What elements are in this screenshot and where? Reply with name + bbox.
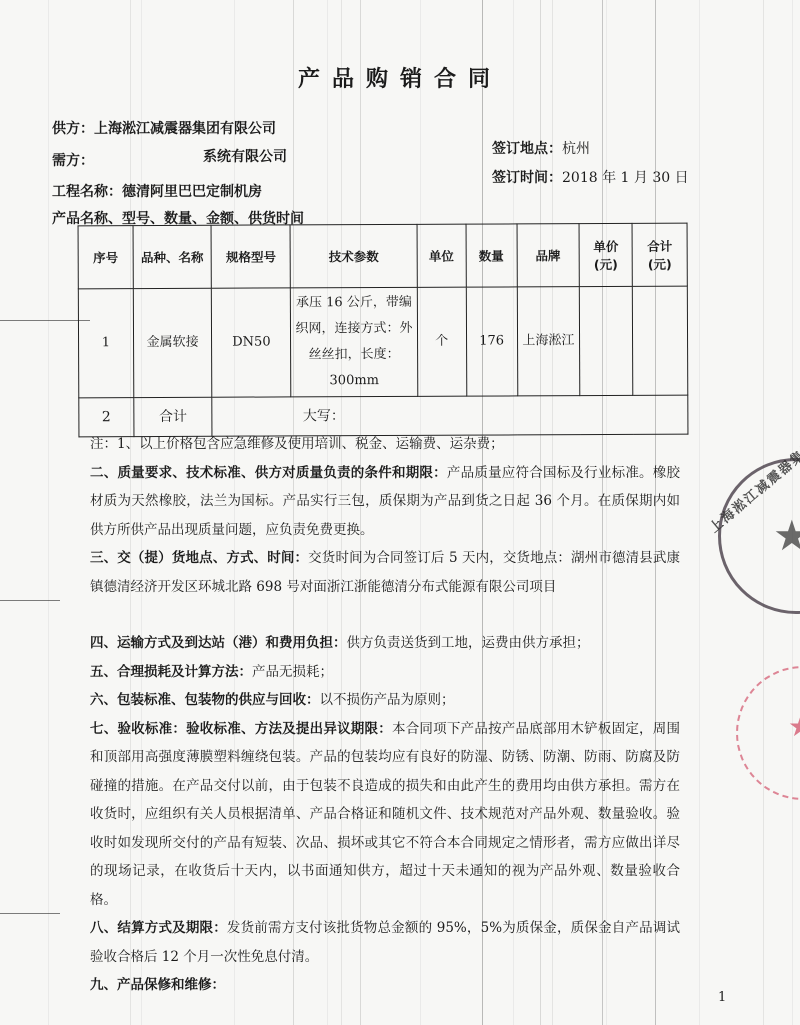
clause-head: 五、合理损耗及计算方法： (90, 664, 252, 680)
sign-time-value: 2018 年 1 月 30 日 (562, 170, 689, 186)
total-line1: 合计 (647, 239, 672, 254)
clause-head: 六、包装标准、包装物的供应与回收： (90, 692, 320, 708)
scan-mark (0, 913, 60, 914)
clause-7: 七、验收标准：验收标准、方法及提出异议期限：本合同项下产品按产品底部用木铲板固定… (90, 715, 680, 915)
clause-body: 以不损伤产品为原则； (320, 692, 455, 708)
col-header-model: 规格型号 (212, 225, 291, 288)
clause-6: 六、包装标准、包装物的供应与回收：以不损伤产品为原则； (90, 686, 680, 715)
cell-qty: 176 (466, 287, 517, 396)
sign-place-field: 签订地点：杭州 (492, 138, 590, 158)
table-row: 1 金属软接 DN50 承压 16 公斤，带编织网，连接方式：外丝丝扣，长度：3… (78, 286, 687, 398)
total-line2: (元) (648, 257, 672, 272)
clause-5: 五、合理损耗及计算方法：产品无损耗； (90, 658, 680, 687)
unit-price-line1: 单价 (593, 239, 618, 254)
col-header-params: 技术参数 (290, 224, 417, 288)
scan-mark (0, 320, 90, 321)
clause-body: 供方负责送货到工地，运费由供方承担； (347, 635, 590, 651)
cell-total (632, 286, 687, 395)
buyer-value: 系统有限公司 (203, 146, 287, 166)
clause-head: 二、质量要求、技术标准、供方对质量负责的条件和期限： (90, 465, 447, 481)
project-label: 工程名称： (52, 184, 122, 200)
sign-place-label: 签订地点： (492, 141, 562, 157)
supplier-value: 上海淞江减震器集团有限公司 (94, 121, 276, 137)
sign-time-label: 签订时间： (492, 170, 562, 186)
col-header-brand: 品牌 (517, 224, 580, 287)
cell-no: 1 (78, 289, 133, 398)
col-header-total: 合计(元) (632, 223, 687, 286)
clause-head: 九、产品保修和维修： (90, 977, 225, 993)
cell-unit-price (580, 286, 633, 395)
page-number: 1 (718, 990, 726, 1005)
col-header-no: 序号 (78, 226, 133, 289)
project-field: 工程名称：德清阿里巴巴定制机房 (52, 181, 262, 201)
buyer-label: 需方： (52, 150, 94, 170)
product-table: 序号 品种、名称 规格型号 技术参数 单位 数量 品牌 单价(元) 合计(元) … (78, 223, 689, 438)
supplier-field: 供方：上海淞江减震器集团有限公司 (52, 118, 276, 138)
col-header-qty: 数量 (466, 224, 517, 287)
clause-head: 四、运输方式及到达站（港）和费用负担： (90, 635, 347, 651)
cell-brand: 上海淞江 (517, 287, 580, 396)
company-seal: 上海淞江减震器集团 ★ (718, 458, 800, 614)
clause-9: 九、产品保修和维修： (90, 971, 680, 1000)
clause-head: 注：1、以上价格包含应急维修及使用培训、税金、运输费、运杂费； (90, 436, 504, 452)
cell-params: 承压 16 公斤，带编织网，连接方式：外丝丝扣，长度：300mm (291, 287, 418, 397)
clause-4: 四、运输方式及到达站（港）和费用负担：供方负责送货到工地，运费由供方承担； (90, 629, 680, 658)
star-icon: ★ (788, 710, 800, 743)
scan-mark (0, 600, 60, 601)
sign-place-value: 杭州 (562, 141, 590, 157)
col-header-unit: 单位 (417, 224, 466, 287)
clause-note: 注：1、以上价格包含应急维修及使用培训、税金、运输费、运杂费； (90, 430, 680, 459)
contract-clauses: 注：1、以上价格包含应急维修及使用培训、税金、运输费、运杂费； 二、质量要求、技… (90, 430, 680, 1000)
red-seal: ★ (736, 666, 800, 800)
sign-time-field: 签订时间：2018 年 1 月 30 日 (492, 167, 689, 187)
table-header-row: 序号 品种、名称 规格型号 技术参数 单位 数量 品牌 单价(元) 合计(元) (78, 223, 687, 289)
clause-2: 二、质量要求、技术标准、供方对质量负责的条件和期限：产品质量应符合国标及行业标准… (90, 459, 680, 545)
unit-price-line2: (元) (594, 257, 618, 272)
clause-8: 八、结算方式及期限：发货前需方支付该批货物总金额的 95%，5%为质保金，质保金… (90, 914, 680, 971)
clause-body: 本合同项下产品按产品底部用木铲板固定，周围和顶部用高强度薄膜塑料缠绕包装。产品的… (90, 721, 680, 908)
cell-name: 金属软接 (133, 288, 212, 397)
clause-head: 八、结算方式及期限： (90, 920, 227, 936)
clause-head: 三、交（提）货地点、方式、时间： (90, 550, 308, 566)
spacer (90, 601, 680, 629)
cell-unit: 个 (417, 287, 466, 396)
col-header-unit-price: 单价(元) (579, 223, 632, 286)
supplier-label: 供方： (52, 121, 94, 137)
col-header-name: 品种、名称 (133, 225, 212, 288)
cell-model: DN50 (212, 288, 291, 397)
project-value: 德清阿里巴巴定制机房 (122, 184, 262, 200)
clause-body: 产品无损耗； (252, 664, 333, 680)
star-icon: ★ (773, 511, 800, 560)
document-title: 产品购销合同 (0, 62, 800, 93)
clause-3: 三、交（提）货地点、方式、时间：交货时间为合同签订后 5 天内，交货地点：湖州市… (90, 544, 680, 601)
clause-head: 七、验收标准：验收标准、方法及提出异议期限： (90, 721, 392, 737)
